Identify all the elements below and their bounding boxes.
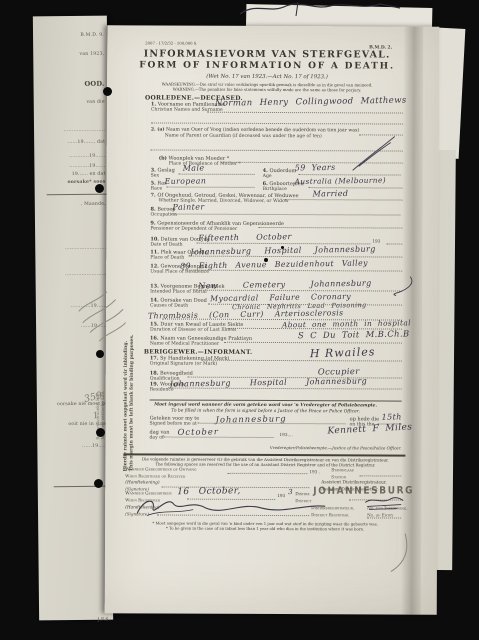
left-frag-line: OOD.	[84, 80, 104, 88]
label-af: Vrederegter/Polisiebeampte.—Justice of t…	[255, 445, 401, 452]
dotted-line	[188, 255, 402, 258]
dotted-line	[227, 472, 307, 474]
hw-practitioner: S C Du Toit M.B.Ch.B	[298, 328, 410, 340]
item-number: (b)	[159, 156, 167, 162]
left-frag-line: J.F.S.	[98, 618, 111, 623]
label-en-text: Original Signature (or Mark)	[150, 361, 230, 367]
hw-day-number: 15th	[382, 412, 402, 421]
field-when-registered-or-received: Wanneer Geregistreer of Ontvang When Reg…	[125, 467, 196, 479]
dotted-line	[285, 198, 403, 201]
punch-hole	[95, 184, 104, 193]
jp-officer-caption: Vrederegter/Polisiebeampte.—Justice of t…	[255, 445, 401, 452]
pen-flourish-mark	[347, 134, 399, 174]
dotted-line	[196, 242, 370, 245]
dotted-line	[179, 173, 255, 175]
label-en-text: When Registered or Received	[125, 473, 196, 479]
dotted-line	[204, 359, 402, 362]
field-informant-signature: 17. Sy Handtekening (of Merk) Original S…	[150, 355, 230, 367]
act-reference: (Wet No. 17 van 1923.—Act No. 17 of 1923…	[117, 73, 417, 80]
left-frag-line: van die	[86, 100, 104, 105]
hw-marital-status: Married	[312, 189, 348, 199]
entry-number-scrawl	[363, 494, 405, 512]
field-age: 4. Ouderdom Age	[263, 168, 297, 180]
label-en-text: Name of Parent or Guardian (if deceased …	[165, 134, 359, 140]
label-af-text: Ouderdom	[269, 168, 296, 174]
left-frag-line: ............19......	[69, 154, 105, 159]
label-af-text: Geslag	[157, 167, 174, 173]
print-reference: 2007 - 17/2/32 - 100,000 S.	[145, 40, 197, 45]
dotted-line	[386, 242, 402, 244]
printed-year-193: 193 .	[309, 469, 320, 474]
label-en-text: Birthplace	[263, 187, 304, 193]
field-signed-before: Geteken voor my te Signed before me at	[150, 415, 200, 427]
dotted-line	[309, 186, 403, 188]
scan-canvas: B.M.D. 9. van 1923, OOD. van die .......…	[0, 0, 479, 640]
dotted-line	[182, 269, 402, 272]
ink-blot	[281, 246, 284, 249]
left-frag-line: van 1923,	[79, 52, 104, 57]
pencil-curve-mark	[387, 532, 411, 576]
punch-hole	[96, 428, 105, 437]
label-af-text: Naam van Ouer of Voog (indien oorledene …	[166, 128, 359, 134]
form-title-english: FORM OF INFORMATION OF A DEATH.	[117, 60, 417, 71]
field-causes-of-death: 14. Oorsake van Dood Causes of Death	[150, 297, 207, 309]
separator-rule	[150, 399, 402, 401]
label-en-text: Station	[331, 474, 353, 480]
hw-age: 59 Years	[295, 163, 336, 173]
punch-hole	[96, 350, 104, 358]
left-frag-line: .........................	[63, 128, 105, 133]
hw-christian-names: Norman Henry Collingwood Matthews	[215, 96, 407, 109]
pen-tail-flourish	[390, 275, 416, 297]
dotted-line	[151, 121, 403, 124]
left-frag-line: ......19......	[82, 444, 108, 449]
item-number: 2. (a)	[151, 127, 165, 132]
left-frag-rule	[54, 486, 112, 488]
dotted-line	[163, 436, 273, 438]
label-en-text: Race	[151, 186, 167, 192]
field-station: Standplaas Station	[331, 468, 353, 480]
dotted-line	[172, 387, 402, 390]
dotted-line	[367, 516, 401, 518]
hw-sex: Male	[183, 163, 205, 172]
death-form-page: Hierdie ruimte moet oopgelaat word vir i…	[105, 25, 440, 614]
pencil-annotation	[80, 286, 138, 352]
top-edge-pen-scrawl	[238, 0, 403, 18]
form-title-afrikaans: INFORMASIEVORM VAN STERFGEVAL.	[117, 48, 417, 60]
left-frag-line: B.M.D. 9.	[80, 33, 104, 38]
hw-jp-signature: Kennett F Miles	[327, 422, 412, 436]
label-en-text: Causes of Death	[150, 303, 207, 309]
punch-hole	[94, 479, 103, 488]
dotted-line	[196, 289, 402, 292]
dotted-line	[167, 186, 255, 188]
warning-english: WARNING.—The penalties for false stateme…	[117, 86, 417, 92]
printed-year-193: 193....	[279, 432, 292, 437]
hw-birthplace: Australia (Melbourne)	[295, 176, 387, 187]
hw-informant-signature: H Rwailes	[310, 345, 376, 360]
registrar-signature-scrawl	[133, 493, 329, 520]
hw-informant-qualification: Occupier	[318, 366, 360, 377]
hw-occupation: Painter	[172, 202, 204, 212]
ink-blot	[264, 258, 268, 262]
field-parent-guardian: 2. (a) Naam van Ouer of Voog (indien oor…	[151, 127, 359, 139]
item-number: 7.	[151, 192, 156, 198]
printed-year-193: 193	[372, 238, 380, 243]
hw-race: European	[165, 176, 207, 186]
dotted-line	[170, 213, 400, 216]
punch-hole	[103, 87, 112, 96]
field-assistant-signature: (Handtekening) (Signature)	[125, 480, 159, 492]
dotted-line	[207, 111, 403, 114]
dotted-line	[359, 474, 401, 476]
label-en-text: Age	[263, 174, 297, 180]
footnote-english: * To be given in the case of an infant l…	[115, 525, 415, 531]
left-frag-line: ......19......, dat	[68, 140, 106, 145]
